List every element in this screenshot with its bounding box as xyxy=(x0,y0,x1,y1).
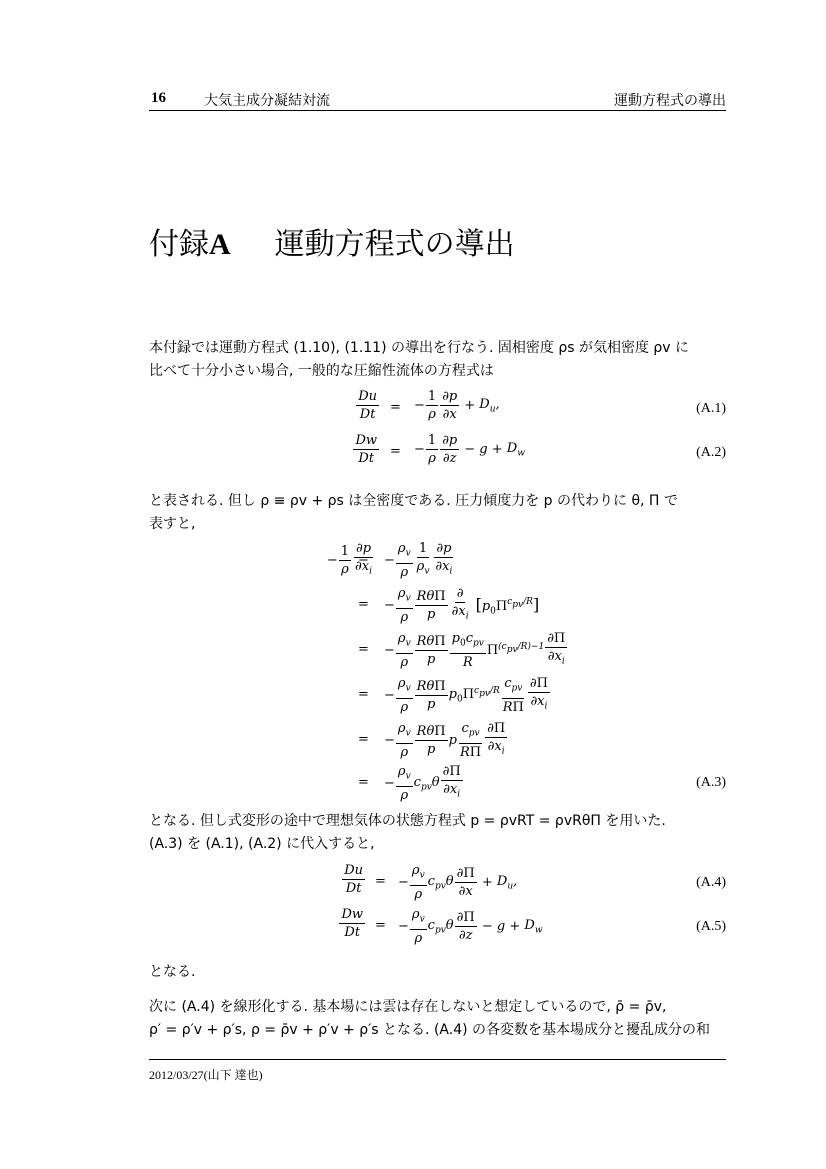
equation-a3-line4: = −ρvρRθΠpp0Πcpv/RcpvRΠ∂Π∂xi xyxy=(0,675,826,719)
equation-number: (A.5) xyxy=(696,919,726,935)
section-title: 運動方程式の導出 xyxy=(614,90,726,110)
chapter-title: 運動方程式の導出 xyxy=(275,227,515,262)
equation-a4: DuDt = −ρvρcpvθ∂Π∂x + Du, (A.4) xyxy=(0,862,826,906)
chapter-label: 付録 xyxy=(149,227,209,262)
chapter-heading: 付録A運動方程式の導出 xyxy=(149,219,515,263)
paragraph-result: となる. xyxy=(149,961,726,984)
running-header: 16 大気主成分凝結対流 運動方程式の導出 xyxy=(149,88,726,110)
text-line: 比べて十分小さい場合, 一般的な圧縮性流体の方程式は xyxy=(149,360,726,383)
header-rule xyxy=(149,110,726,111)
equation-a5: DwDt = −ρvρcpvθ∂Π∂z − g + Dw (A.5) xyxy=(0,906,826,950)
text-line: となる. 但し式変形の途中で理想気体の状態方程式 p = ρvRT = ρvRθ… xyxy=(149,810,726,833)
equation-a3-line3: = −ρvρRθΠpp0cpvRΠ(cpv/R)−1∂Π∂xi xyxy=(0,630,826,674)
text-line: ρ′ = ρ′v + ρ′s, ρ = ρ̄v + ρ′v + ρ′s となる.… xyxy=(149,1019,726,1042)
equation-number: (A.4) xyxy=(696,875,726,891)
paragraph-intro: 本付録では運動方程式 (1.10), (1.11) の導出を行なう. 固相密度 … xyxy=(149,337,726,383)
text-line: 次に (A.4) を線形化する. 基本場には雲は存在しないと想定しているので, … xyxy=(149,996,726,1019)
footer-rule xyxy=(149,1059,726,1060)
text-line: 表すと, xyxy=(149,513,726,536)
equation-a3-line5: = −ρvρRθΠppcpvRΠ∂Π∂xi xyxy=(0,720,826,764)
text-line: 本付録では運動方程式 (1.10), (1.11) の導出を行なう. 固相密度 … xyxy=(149,337,726,360)
text-line: (A.3) を (A.1), (A.2) に代入すると, xyxy=(149,833,726,856)
text-line: となる. xyxy=(149,961,726,984)
equation-a3-line2: = −ρvρRθΠp∂∂xi [p0Πcpv/R] xyxy=(0,585,826,629)
equation-number: (A.3) xyxy=(696,775,726,791)
equation-number: (A.1) xyxy=(696,401,726,417)
book-title: 大気主成分凝結対流 xyxy=(204,90,330,110)
equation-a3-line6: = −ρvρcpvθ∂Π∂xi (A.3) xyxy=(0,763,826,807)
chapter-letter: A xyxy=(209,228,231,261)
footer-date-author: 2012/03/27(山下 達也) xyxy=(149,1066,263,1083)
paragraph-ideal-gas: となる. 但し式変形の途中で理想気体の状態方程式 p = ρvRT = ρvRθ… xyxy=(149,810,726,856)
text-line: と表される. 但し ρ ≡ ρv + ρs は全密度である. 圧力傾度力を p … xyxy=(149,490,726,513)
paragraph-linearize: 次に (A.4) を線形化する. 基本場には雲は存在しないと想定しているので, … xyxy=(149,996,726,1042)
equation-a2: DwDt = −1ρ∂p∂z − g + Dw (A.2) xyxy=(0,432,826,476)
paragraph-density: と表される. 但し ρ ≡ ρv + ρs は全密度である. 圧力傾度力を p … xyxy=(149,490,726,536)
page-number: 16 xyxy=(151,90,166,107)
equation-a1: DuDt = −1ρ∂p∂x + Du, (A.1) xyxy=(0,388,826,432)
equation-a3-line1: −1ρ∂p∂xi = −ρvρ1ρv∂p∂xi xyxy=(0,540,826,584)
equation-number: (A.2) xyxy=(696,445,726,461)
